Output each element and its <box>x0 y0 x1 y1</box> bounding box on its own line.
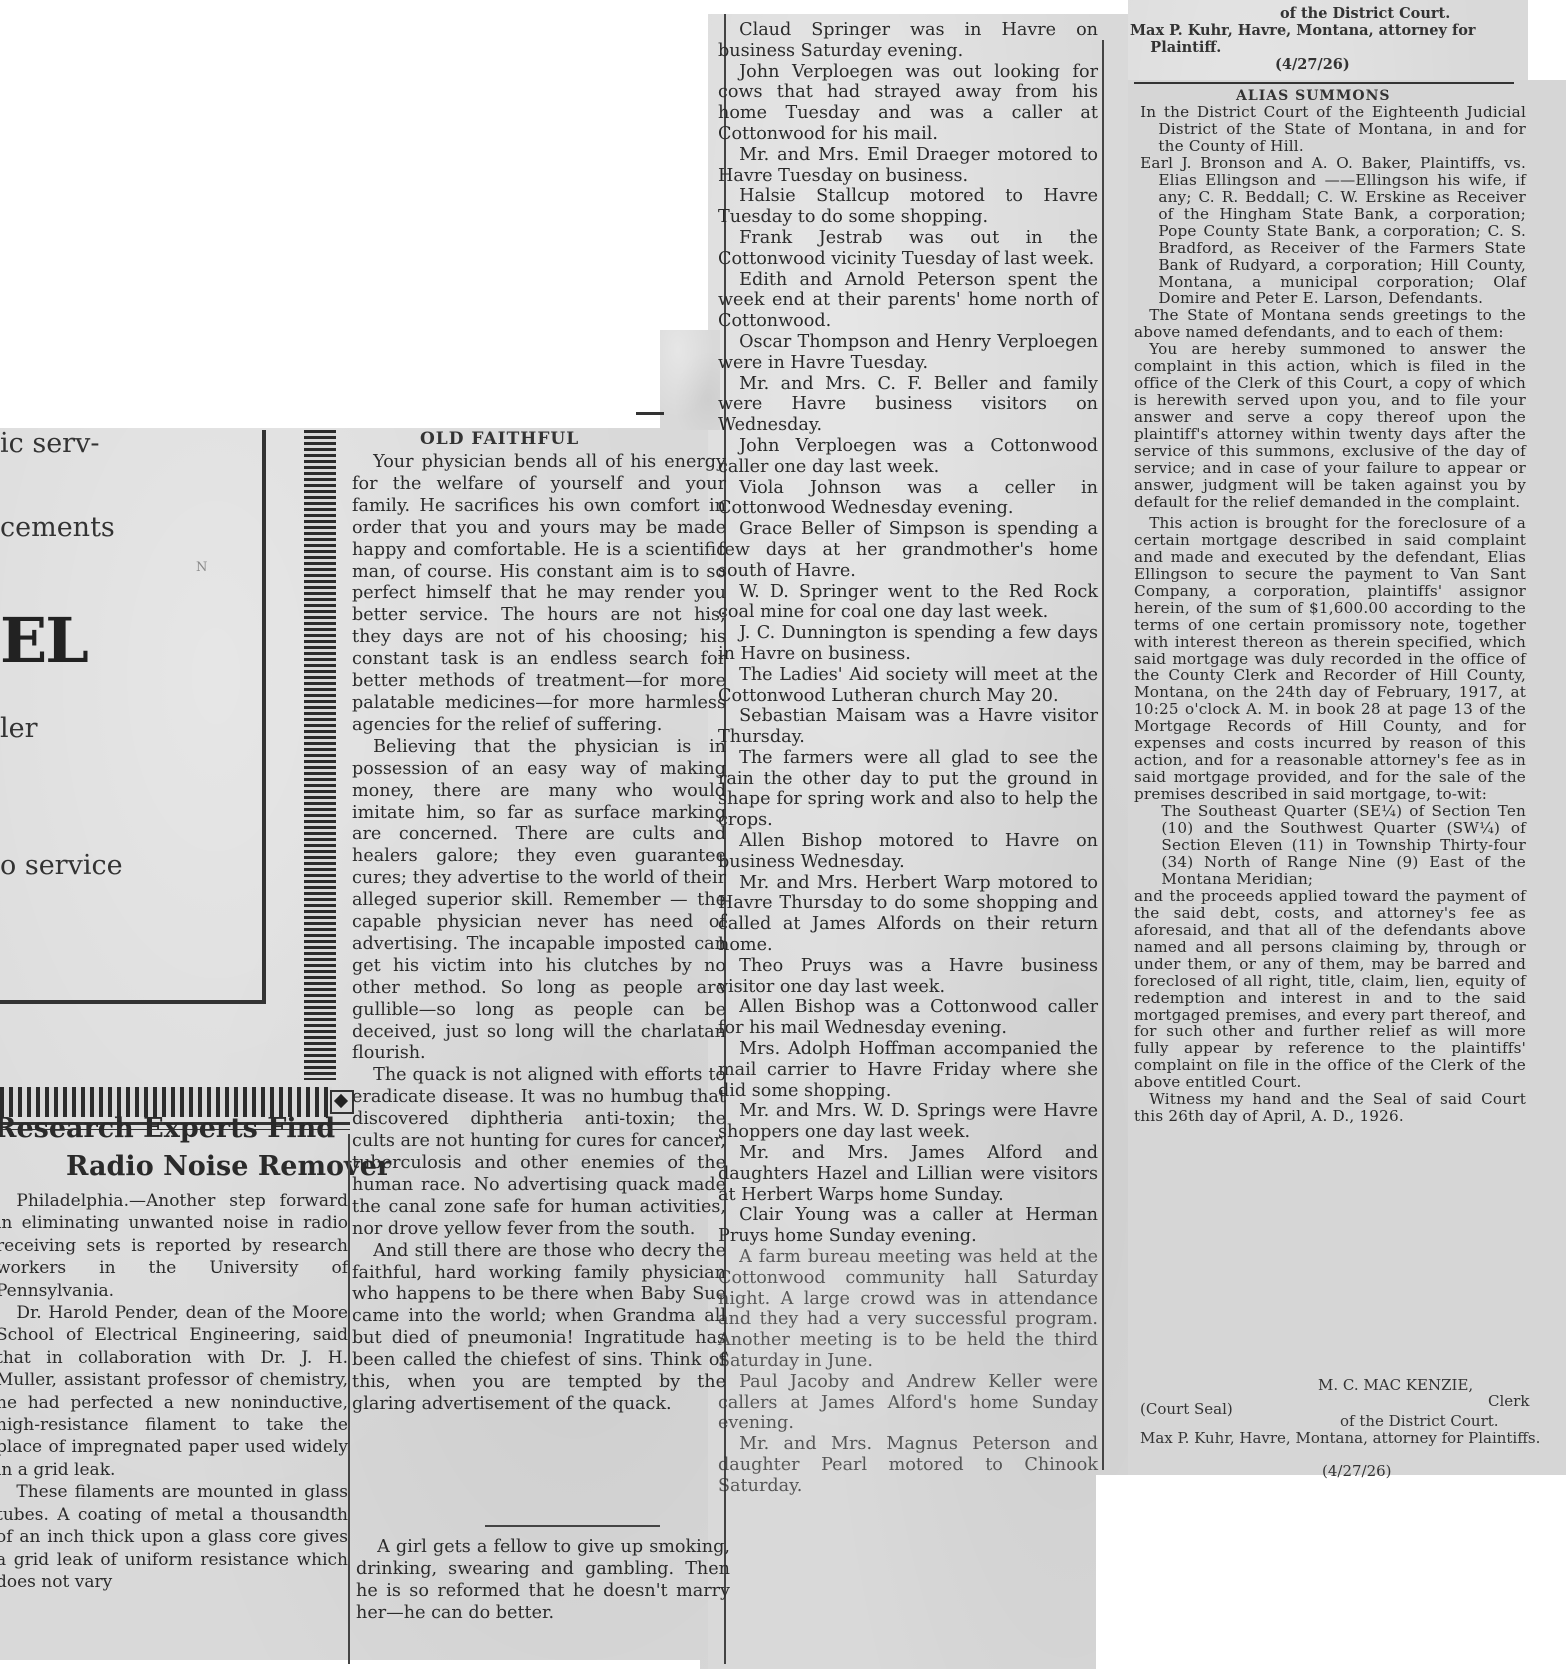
diamond-ornament-icon <box>330 1090 354 1114</box>
court-line: of the District Court. <box>1340 1412 1499 1430</box>
news-item: A farm bureau meeting was held at the Co… <box>718 1247 1098 1372</box>
cottonwood-news-column: Claud Springer was in Havre on business … <box>718 20 1098 1497</box>
news-item: Grace Beller of Simpson is spending a fe… <box>718 519 1098 581</box>
radio-headline-line2: Radio Noise Remover <box>66 1151 391 1182</box>
column-rule <box>636 412 664 415</box>
ad-text-line: cements <box>0 512 115 543</box>
summons-court: In the District Court of the Eighteenth … <box>1134 104 1526 155</box>
article-paragraph: Believing that the physician is in posse… <box>352 737 726 1066</box>
decorative-border-vertical <box>304 430 336 1080</box>
article-paragraph: Philadelphia.—Another step forward in el… <box>0 1190 348 1302</box>
news-item: Halsie Stallcup motored to Havre Tuesday… <box>718 186 1098 228</box>
notice-line: of the District Court. <box>1130 5 1520 22</box>
summons-property: The Southeast Quarter (SE¼) of Section T… <box>1134 803 1526 888</box>
news-item: W. D. Springer went to the Red Rock coal… <box>718 582 1098 624</box>
ad-headline: EL <box>0 604 87 677</box>
article-paragraph: Dr. Harold Pender, dean of the Moore Sch… <box>0 1302 348 1481</box>
blank-area <box>0 0 708 428</box>
ad-text-line: o service <box>0 850 123 881</box>
paper-sliver <box>660 330 720 430</box>
news-item: Sebastian Maisam was a Havre visitor Thu… <box>718 706 1098 748</box>
notice-line: Max P. Kuhr, Havre, Montana, attorney fo… <box>1130 22 1520 56</box>
summons-witness: Witness my hand and the Seal of said Cou… <box>1134 1091 1526 1125</box>
alias-summons-title: ALIAS SUMMONS <box>1236 88 1391 104</box>
court-seal: (Court Seal) <box>1140 1400 1233 1418</box>
news-item: Viola Johnson was a celler in Cottonwood… <box>718 478 1098 520</box>
previous-notice-tail: of the District Court. Max P. Kuhr, Havr… <box>1130 5 1520 73</box>
section-separator <box>485 1525 660 1527</box>
stray-mark: N <box>196 560 207 575</box>
article-paragraph: And still there are those who decry the … <box>352 1241 726 1416</box>
attorney-line: Max P. Kuhr, Havre, Montana, attorney fo… <box>1140 1430 1541 1446</box>
ad-text-line: ler <box>0 713 38 744</box>
article-paragraph: Your physician bends all of his energy f… <box>352 452 726 737</box>
summons-greeting: The State of Montana sends greetings to … <box>1134 307 1526 341</box>
news-item: John Verploegen was out looking for cows… <box>718 62 1098 145</box>
filler-paragraph: A girl gets a fellow to give up smoking,… <box>356 1537 730 1625</box>
column-divider <box>1102 40 1104 1470</box>
clerk-signature: M. C. MAC KENZIE, <box>1318 1376 1473 1394</box>
notice-separator <box>1134 82 1514 84</box>
news-item: Mrs. Adolph Hoffman accompanied the mail… <box>718 1039 1098 1101</box>
ad-text-line: ic serv- <box>0 428 99 459</box>
news-item: Mr. and Mrs. Herbert Warp motored to Hav… <box>718 873 1098 956</box>
filler-paragraph-block: A girl gets a fellow to give up smoking,… <box>356 1537 730 1625</box>
summons-action: This action is brought for the foreclosu… <box>1134 515 1526 803</box>
old-faithful-title: OLD FAITHFUL <box>420 429 579 449</box>
article-paragraph: These filaments are mounted in glass tub… <box>0 1481 348 1593</box>
notice-date: (4/27/26) <box>1130 56 1520 73</box>
article-paragraph: The quack is not aligned with efforts to… <box>352 1065 726 1240</box>
news-item: Mr. and Mrs. Emil Draeger motored to Hav… <box>718 145 1098 187</box>
news-item: The Ladies' Aid society will meet at the… <box>718 665 1098 707</box>
news-item: Theo Pruys was a Havre business visitor … <box>718 956 1098 998</box>
radio-headline-line1: Research Experts Find <box>0 1113 335 1144</box>
blank-area <box>1096 1475 1566 1669</box>
notice-date: (4/27/26) <box>1322 1462 1392 1480</box>
news-item: The farmers were all glad to see the rai… <box>718 748 1098 831</box>
news-item: John Verploegen was a Cottonwood caller … <box>718 436 1098 478</box>
summons-parties: Earl J. Bronson and A. O. Baker, Plainti… <box>1134 155 1526 308</box>
news-item: Mr. and Mrs. Magnus Peterson and daughte… <box>718 1434 1098 1496</box>
news-item: Mr. and Mrs. W. D. Springs were Havre sh… <box>718 1101 1098 1143</box>
news-item: Claud Springer was in Havre on business … <box>718 20 1098 62</box>
news-item: Frank Jestrab was out in the Cottonwood … <box>718 228 1098 270</box>
news-item: Clair Young was a caller at Herman Pruys… <box>718 1205 1098 1247</box>
news-item: Oscar Thompson and Henry Verploegen were… <box>718 332 1098 374</box>
blank-area <box>1545 0 1566 80</box>
summons-proceeds: and the proceeds applied toward the paym… <box>1134 888 1526 1091</box>
news-item: Paul Jacoby and Andrew Keller were calle… <box>718 1372 1098 1434</box>
clerk-title: Clerk <box>1488 1392 1529 1410</box>
news-item: Mr. and Mrs. C. F. Beller and family wer… <box>718 374 1098 436</box>
column-divider <box>348 1134 350 1664</box>
news-item: Allen Bishop was a Cottonwood caller for… <box>718 997 1098 1039</box>
news-item: Edith and Arnold Peterson spent the week… <box>718 270 1098 332</box>
news-item: Allen Bishop motored to Havre on busines… <box>718 831 1098 873</box>
news-item: Mr. and Mrs. James Alford and daughters … <box>718 1143 1098 1205</box>
radio-article-body: Philadelphia.—Another step forward in el… <box>0 1190 348 1593</box>
alias-summons-body: In the District Court of the Eighteenth … <box>1134 104 1526 1125</box>
news-item: J. C. Dunnington is spending a few days … <box>718 623 1098 665</box>
old-faithful-body: Your physician bends all of his energy f… <box>352 452 726 1416</box>
blank-area <box>0 1660 700 1669</box>
summons-text: You are hereby summoned to answer the co… <box>1134 341 1526 511</box>
